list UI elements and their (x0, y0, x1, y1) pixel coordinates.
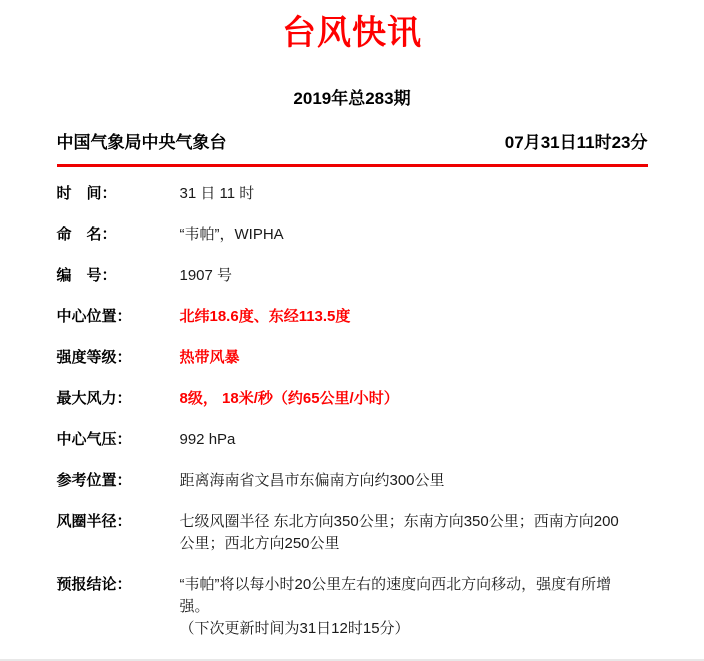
agency-name: 中国气象局中央气象台 (57, 133, 227, 153)
table-row: 编 号：1907 号 (57, 265, 648, 287)
bulletin-table: 时 间：31 日 11 时命 名：“韦帕”，WIPHA编 号：1907 号中心位… (57, 183, 648, 640)
page-title: 台风快讯 (0, 0, 704, 53)
row-label: 时 间： (57, 183, 180, 205)
issue-datetime: 07月31日11时23分 (505, 133, 648, 153)
row-value: “韦帕”将以每小时20公里左右的速度向西北方向移动，强度有所增强。 （下次更新时… (180, 574, 632, 640)
table-row: 中心位置：北纬18.6度、东经113.5度 (57, 306, 648, 328)
issue-number: 2019年总283期 (0, 89, 704, 109)
row-value: “韦帕”，WIPHA (180, 224, 284, 246)
row-value: 北纬18.6度、东经113.5度 (180, 306, 351, 328)
table-row: 强度等级：热带风暴 (57, 347, 648, 369)
row-value: 992 hPa (180, 429, 236, 451)
table-row: 命 名：“韦帕”，WIPHA (57, 224, 648, 246)
table-row: 参考位置：距离海南省文昌市东偏南方向约300公里 (57, 470, 648, 492)
row-label: 强度等级： (57, 347, 180, 369)
table-row: 风圈半径：七级风圈半径 东北方向350公里；东南方向350公里；西南方向200公… (57, 511, 648, 555)
row-label: 编 号： (57, 265, 180, 287)
row-label: 预报结论： (57, 574, 180, 596)
header-divider (57, 164, 648, 167)
row-label: 中心位置： (57, 306, 180, 328)
row-label: 参考位置： (57, 470, 180, 492)
row-label: 中心气压： (57, 429, 180, 451)
row-label: 命 名： (57, 224, 180, 246)
typhoon-bulletin-page: 台风快讯 2019年总283期 中国气象局中央气象台 07月31日11时23分 … (0, 0, 704, 661)
row-value: 31 日 11 时 (180, 183, 255, 205)
table-row: 预报结论：“韦帕”将以每小时20公里左右的速度向西北方向移动，强度有所增强。 （… (57, 574, 648, 640)
row-value: 距离海南省文昌市东偏南方向约300公里 (180, 470, 445, 492)
header-meta-row: 中国气象局中央气象台 07月31日11时23分 (57, 133, 648, 153)
row-value: 七级风圈半径 东北方向350公里；东南方向350公里；西南方向200公里；西北方… (180, 511, 632, 555)
row-value: 1907 号 (180, 265, 233, 287)
row-value: 8级， 18米/秒（约65公里/小时） (180, 388, 399, 410)
table-row: 时 间：31 日 11 时 (57, 183, 648, 205)
row-label: 风圈半径： (57, 511, 180, 533)
table-row: 最大风力：8级， 18米/秒（约65公里/小时） (57, 388, 648, 410)
row-label: 最大风力： (57, 388, 180, 410)
row-value: 热带风暴 (180, 347, 240, 369)
table-row: 中心气压：992 hPa (57, 429, 648, 451)
